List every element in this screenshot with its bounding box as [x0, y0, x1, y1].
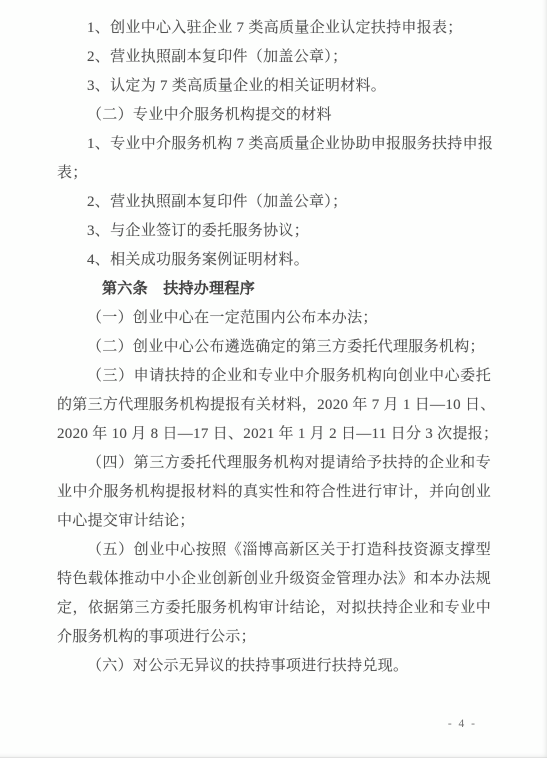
clause-continuation: 业中介服务机构提报材料的真实性和符合性进行审计，并向创业 [57, 478, 491, 507]
list-item: 3、认定为 7 类高质量企业的相关证明材料。 [57, 72, 491, 101]
clause-continuation: 定，依据第三方委托服务机构审计结论，对拟扶持企业和专业中 [57, 594, 491, 623]
subsection-heading: （二）专业中介服务机构提交的材料 [57, 101, 491, 130]
clause-item: （五）创业中心按照《淄博高新区关于打造科技资源支撑型 [57, 536, 491, 565]
clause-continuation: 的第三方代理服务机构提报有关材料，2020 年 7 月 1 日—10 日、 [57, 391, 491, 420]
clause-continuation: 特色载体推动中小企业创新创业升级资金管理办法》和本办法规 [57, 565, 491, 594]
clause-continuation: 介服务机构的事项进行公示； [57, 623, 491, 652]
list-item: 1、创业中心入驻企业 7 类高质量企业认定扶持申报表； [57, 14, 491, 43]
list-item: 4、相关成功服务案例证明材料。 [57, 246, 491, 275]
clause-item: （四）第三方委托代理服务机构对提请给予扶持的企业和专 [57, 449, 491, 478]
list-item: 3、与企业签订的委托服务协议； [57, 217, 491, 246]
list-item: 2、营业执照副本复印件（加盖公章）； [57, 43, 491, 72]
page-number: - 4 - [448, 717, 477, 731]
section-heading: 第六条 扶持办理程序 [57, 275, 491, 304]
list-item-continuation: 表； [57, 159, 491, 188]
clause-item: （一）创业中心在一定范围内公布本办法； [57, 304, 491, 333]
list-item: 1、专业中介服务机构 7 类高质量企业协助申报服务扶持申报 [57, 130, 491, 159]
clause-item: （三）申请扶持的企业和专业中介服务机构向创业中心委托 [57, 362, 491, 391]
document-page: 1、创业中心入驻企业 7 类高质量企业认定扶持申报表； 2、营业执照副本复印件（… [0, 0, 547, 758]
clause-continuation: 中心提交审计结论； [57, 507, 491, 536]
clause-item: （六）对公示无异议的扶持事项进行扶持兑现。 [57, 652, 491, 681]
list-item: 2、营业执照副本复印件（加盖公章）； [57, 188, 491, 217]
clause-continuation: 2020 年 10 月 8 日—17 日、2021 年 1 月 2 日—11 日… [57, 420, 491, 449]
document-body: 1、创业中心入驻企业 7 类高质量企业认定扶持申报表； 2、营业执照副本复印件（… [57, 14, 491, 681]
clause-item: （二）创业中心公布遴选确定的第三方委托代理服务机构； [57, 333, 491, 362]
